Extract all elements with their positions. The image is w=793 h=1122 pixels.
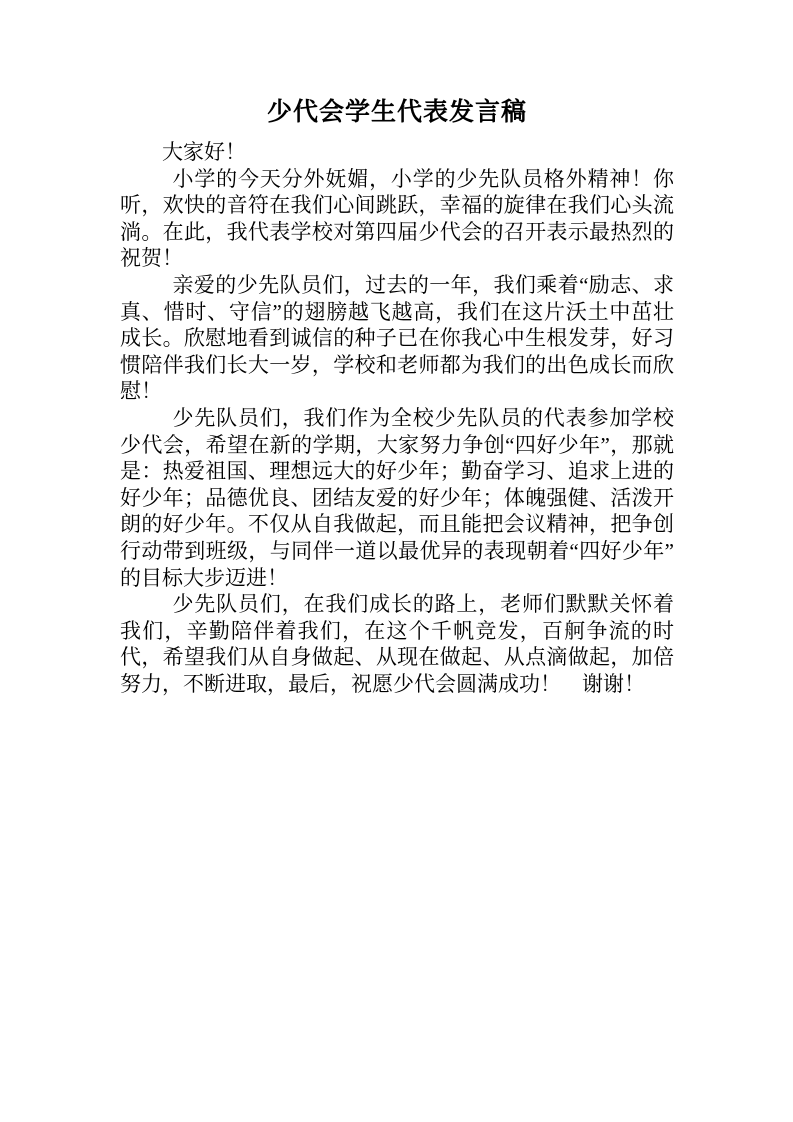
paragraph-four-good-youth: 少先队员们，我们作为全校少先队员的代表参加学校少代会，希望在新的学期，大家努力争… (120, 405, 674, 591)
document-content: 少代会学生代表发言稿 大家好！ 小学的今天分外妩媚，小学的少先队员格外精神！你听… (120, 97, 674, 697)
paragraph-review-past-year: 亲爱的少先队员们，过去的一年，我们乘着“励志、求真、惜时、守信”的翅膀越飞越高，… (120, 272, 674, 405)
paragraph-greeting: 大家好！ (120, 139, 674, 166)
document-page: 少代会学生代表发言稿 大家好！ 小学的今天分外妩媚，小学的少先队员格外精神！你听… (0, 0, 793, 1122)
paragraph-closing: 少先队员们，在我们成长的路上，老师们默默关怀着我们，辛勤陪伴着我们，在这个千帆竞… (120, 591, 674, 697)
document-title: 少代会学生代表发言稿 (120, 97, 674, 129)
paragraph-opening: 小学的今天分外妩媚，小学的少先队员格外精神！你听，欢快的音符在我们心间跳跃，幸福… (120, 166, 674, 272)
